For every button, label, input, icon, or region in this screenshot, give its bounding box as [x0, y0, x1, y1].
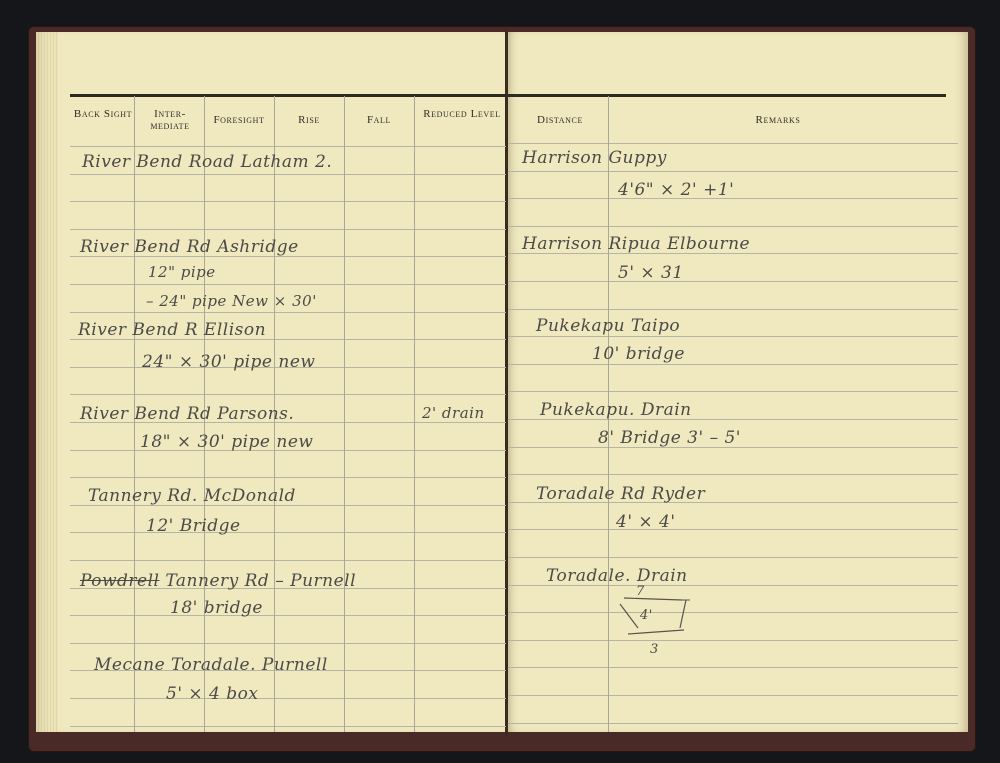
col-header-distance: Distance	[512, 114, 608, 126]
ruled-line	[70, 312, 506, 313]
entry-4-reduced-level-note: 2' drain	[422, 404, 485, 422]
ruled-line	[508, 336, 958, 337]
ruled-line	[508, 474, 958, 475]
ruled-line	[70, 615, 506, 616]
ruled-line	[70, 229, 506, 230]
col-header-rise: Rise	[274, 114, 344, 126]
entry-7-line-1: Mecane Toradale. Purnell	[94, 655, 328, 675]
column-divider	[344, 96, 345, 732]
sketch-depth: 4'	[640, 608, 653, 623]
page-edges	[36, 32, 58, 732]
right-page	[508, 32, 968, 732]
remark-3-line-2: 10' bridge	[592, 344, 685, 364]
remark-5-line-2: 4' × 4'	[616, 512, 676, 532]
remark-2-line-1: Harrison Ripua Elbourne	[522, 234, 750, 254]
col-header-intermediate: Inter-mediate	[136, 108, 204, 132]
entry-2-line-2: 12" pipe	[148, 263, 216, 281]
entry-1-line-1: River Bend Road Latham 2.	[82, 152, 332, 172]
remark-1-line-1: Harrison Guppy	[522, 148, 667, 168]
ruled-line	[70, 174, 506, 175]
ruled-line	[508, 143, 958, 144]
ruled-line	[508, 557, 958, 558]
remark-6-line-1: Toradale. Drain	[546, 566, 688, 586]
ruled-line	[508, 695, 958, 696]
ruled-line	[508, 226, 958, 227]
ruled-line	[508, 529, 958, 530]
remark-4-line-2: 8' Bridge 3' – 5'	[598, 428, 741, 448]
ruled-line	[508, 723, 958, 724]
ruled-line	[70, 146, 506, 147]
remark-1-line-2: 4'6" × 2' +1'	[618, 180, 734, 200]
col-header-reduced-level: Reduced Level	[418, 108, 506, 120]
entry-5-line-2: 12' Bridge	[146, 516, 241, 536]
ruled-line	[508, 309, 958, 310]
ruled-line	[508, 612, 958, 613]
ruled-line	[70, 560, 506, 561]
col-header-remarks: Remarks	[610, 114, 946, 126]
ruled-line	[70, 726, 506, 727]
ruled-line	[70, 201, 506, 202]
ruled-line	[70, 643, 506, 644]
ruled-line	[508, 667, 958, 668]
book-gutter	[505, 30, 508, 736]
ruled-line	[508, 364, 958, 365]
ruled-line	[508, 171, 958, 172]
entry-3-line-1: River Bend R Ellison	[78, 320, 266, 340]
entry-5-line-1: Tannery Rd. McDonald	[88, 486, 296, 506]
col-header-back-sight: Back Sight	[72, 108, 134, 120]
ruled-line	[508, 640, 958, 641]
remark-5-line-1: Toradale Rd Ryder	[536, 484, 705, 504]
sketch-top-width: 7	[636, 584, 645, 599]
ruled-line	[70, 394, 506, 395]
entry-4-line-2: 18" × 30' pipe new	[140, 432, 313, 452]
ruled-line	[508, 391, 958, 392]
ruled-line	[70, 477, 506, 478]
column-divider	[414, 96, 415, 732]
entry-6-line-1: Powdrell Tannery Rd – Purnell	[80, 571, 356, 591]
entry-2-line-3: – 24" pipe New × 30'	[146, 292, 317, 310]
entry-2-line-1: River Bend Rd Ashridge	[80, 237, 299, 257]
entry-7-line-2: 5' × 4 box	[166, 684, 258, 704]
remark-4-line-1: Pukekapu. Drain	[540, 400, 692, 420]
entry-3-line-2: 24" × 30' pipe new	[142, 352, 315, 372]
remark-2-line-2: 5' × 31	[618, 263, 684, 283]
entry-6-line-2: 18' bridge	[170, 598, 263, 618]
col-header-fall: Fall	[344, 114, 414, 126]
ruled-line	[70, 698, 506, 699]
remark-3-line-1: Pukekapu Taipo	[536, 316, 680, 336]
ruled-line	[508, 281, 958, 282]
header-rule-right	[508, 94, 946, 97]
ruled-line	[70, 284, 506, 285]
entry-4-line-1: River Bend Rd Parsons.	[80, 404, 294, 424]
left-page	[36, 32, 507, 732]
ruled-line	[70, 532, 506, 533]
sketch-bottom-width: 3	[650, 642, 659, 657]
struck-out-name: Powdrell	[80, 571, 159, 591]
col-header-foresight: Foresight	[204, 114, 274, 126]
header-rule-left	[70, 94, 506, 97]
